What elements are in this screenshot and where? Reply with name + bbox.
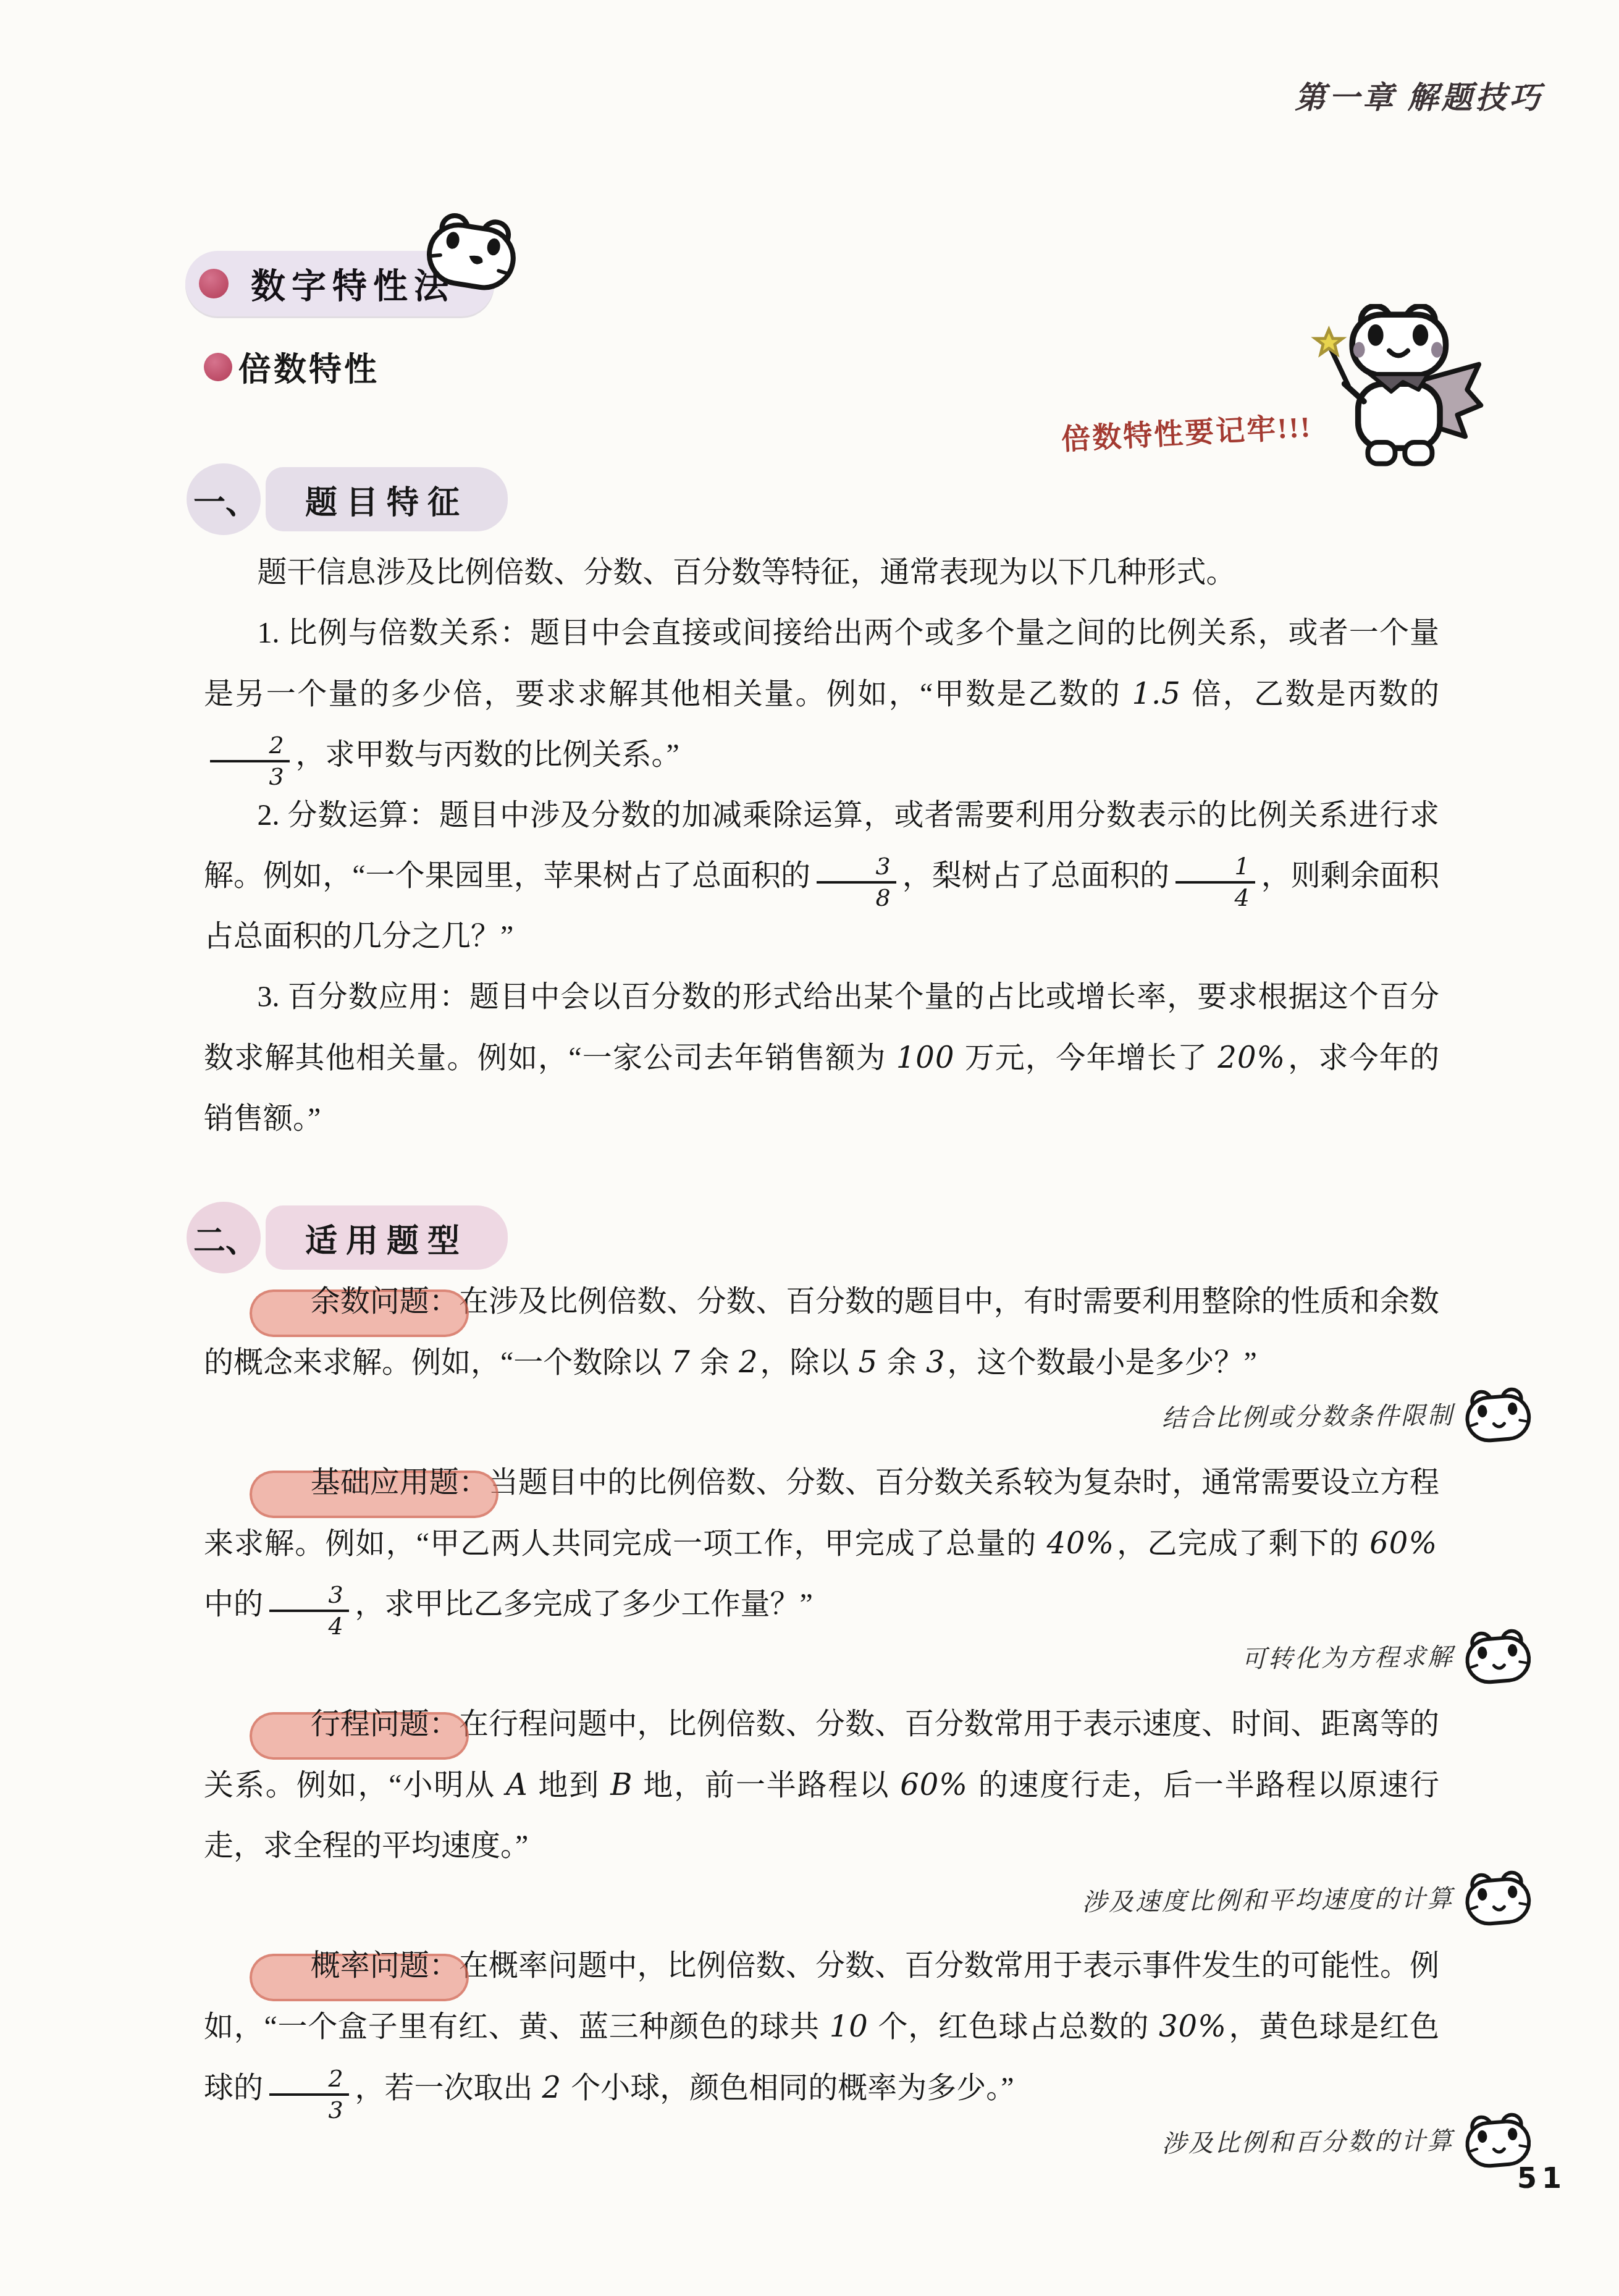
chapter-header: 第一章 解题技巧 — [1295, 73, 1544, 117]
subtitle-label: 倍数特性 — [238, 344, 379, 390]
fraction: 23 — [210, 733, 290, 789]
latin-number: 20% — [1216, 1040, 1287, 1075]
topic-item-travel: 行程问题：在行程问题中，比例倍数、分数、百分数常用于表示速度、时间、距离等的关系… — [204, 1694, 1439, 1932]
red-dot-icon — [204, 353, 232, 381]
topic-item-remainder: 余数问题：在涉及比例倍数、分数、百分数的题目中，有时需要利用整除的性质和余数的概… — [204, 1272, 1439, 1449]
fraction: 34 — [269, 1583, 349, 1639]
paragraph-percentage-application: 3. 百分数应用：题目中会以百分数的形式给出某个量的占比或增长率，要求根据这个百… — [204, 967, 1439, 1149]
margin-note: 结合比例或分数条件限制 — [204, 1388, 1533, 1456]
latin-number: 100 — [894, 1040, 957, 1075]
frog-face-icon — [1462, 1627, 1534, 1687]
latin-number: 7 — [669, 1345, 692, 1380]
subtitle-row: 倍数特性 — [204, 344, 379, 390]
margin-note-text: 涉及比例和百分数的计算 — [1162, 2127, 1454, 2158]
fraction: 23 — [269, 2067, 349, 2122]
topic-label-highlighted: 概率问题： — [257, 1936, 458, 1996]
topic-paragraph: 基础应用题：当题目中的比例倍数、分数、百分数关系较为复杂时，通常需要设立方程来求… — [204, 1453, 1439, 1635]
margin-note: 涉及比例和百分数的计算 — [204, 2113, 1533, 2182]
frog-mascot-icon — [1308, 304, 1494, 470]
section-number-badge: 一、 — [187, 463, 261, 535]
latin-number: 5 — [856, 1345, 880, 1380]
intro-paragraph: 题干信息涉及比例倍数、分数、百分数等特征，通常表现为以下几种形式。 — [204, 542, 1439, 603]
margin-note-text: 结合比例或分数条件限制 — [1162, 1402, 1454, 1432]
frog-peek-icon — [420, 208, 524, 296]
latin-number: 30% — [1157, 2009, 1229, 2044]
latin-number: 60% — [1368, 1526, 1439, 1561]
section-1-heading: 一、 题目特征 — [187, 463, 508, 535]
section-1-body: 题干信息涉及比例倍数、分数、百分数等特征，通常表现为以下几种形式。 1. 比例与… — [204, 542, 1439, 1149]
topic-paragraph: 行程问题：在行程问题中，比例倍数、分数、百分数常用于表示速度、时间、距离等的关系… — [204, 1694, 1439, 1876]
latin-number: 3 — [924, 1345, 948, 1380]
paragraph-fraction-operations: 2. 分数运算：题目中涉及分数的加减乘除运算，或者需要利用分数表示的比例关系进行… — [204, 785, 1439, 967]
handwritten-reminder: 倍数特性要记牢!!! — [1061, 403, 1313, 458]
section-title-pill: 适用题型 — [266, 1205, 508, 1270]
topic-item-probability: 概率问题：在概率问题中，比例倍数、分数、百分数常用于表示事件发生的可能性。例如，… — [204, 1936, 1439, 2174]
topic-label-highlighted: 余数问题： — [257, 1272, 458, 1332]
red-dot-icon — [199, 269, 229, 298]
latin-number: 60% — [898, 1768, 970, 1802]
page-number: 51 — [1517, 2161, 1566, 2195]
margin-note-text: 可转化为方程求解 — [1242, 1644, 1454, 1673]
latin-number: 40% — [1045, 1526, 1117, 1561]
latin-number: 1.5 — [1130, 677, 1183, 711]
topic-paragraph: 余数问题：在涉及比例倍数、分数、百分数的题目中，有时需要利用整除的性质和余数的概… — [204, 1272, 1439, 1393]
section-number-badge: 二、 — [187, 1202, 261, 1273]
margin-note: 可转化为方程求解 — [204, 1629, 1533, 1698]
fraction: 38 — [817, 855, 896, 910]
frog-face-icon — [1462, 1868, 1534, 1928]
topic-paragraph: 概率问题：在概率问题中，比例倍数、分数、百分数常用于表示事件发生的可能性。例如，… — [204, 1936, 1439, 2119]
section-2-heading: 二、 适用题型 — [187, 1202, 508, 1273]
frog-face-icon — [1462, 1385, 1534, 1445]
fraction: 14 — [1175, 855, 1255, 910]
section-2-body: 余数问题：在涉及比例倍数、分数、百分数的题目中，有时需要利用整除的性质和余数的概… — [204, 1272, 1439, 2178]
section-title-pill: 题目特征 — [266, 467, 508, 531]
margin-note: 涉及速度比例和平均速度的计算 — [204, 1871, 1533, 1939]
latin-number: 2 — [737, 1345, 760, 1380]
topic-label-highlighted: 行程问题： — [257, 1694, 458, 1755]
latin-number: 2 — [540, 2070, 564, 2105]
margin-note-text: 涉及速度比例和平均速度的计算 — [1082, 1885, 1454, 1916]
latin-number: 10 — [828, 2009, 870, 2044]
latin-number: A — [504, 1768, 530, 1802]
topic-item-basic-application: 基础应用题：当题目中的比例倍数、分数、百分数关系较为复杂时，通常需要设立方程来求… — [204, 1453, 1439, 1690]
topic-label-highlighted: 基础应用题： — [257, 1453, 488, 1513]
book-page: 第一章 解题技巧 数字特性法 倍数特性 倍数特性要记牢!!! 一、 题目特征 题… — [0, 0, 1619, 2296]
paragraph-proportion-multiple: 1. 比例与倍数关系：题目中会直接或间接给出两个或多个量之间的比例关系，或者一个… — [204, 603, 1439, 785]
latin-number: B — [608, 1768, 634, 1802]
